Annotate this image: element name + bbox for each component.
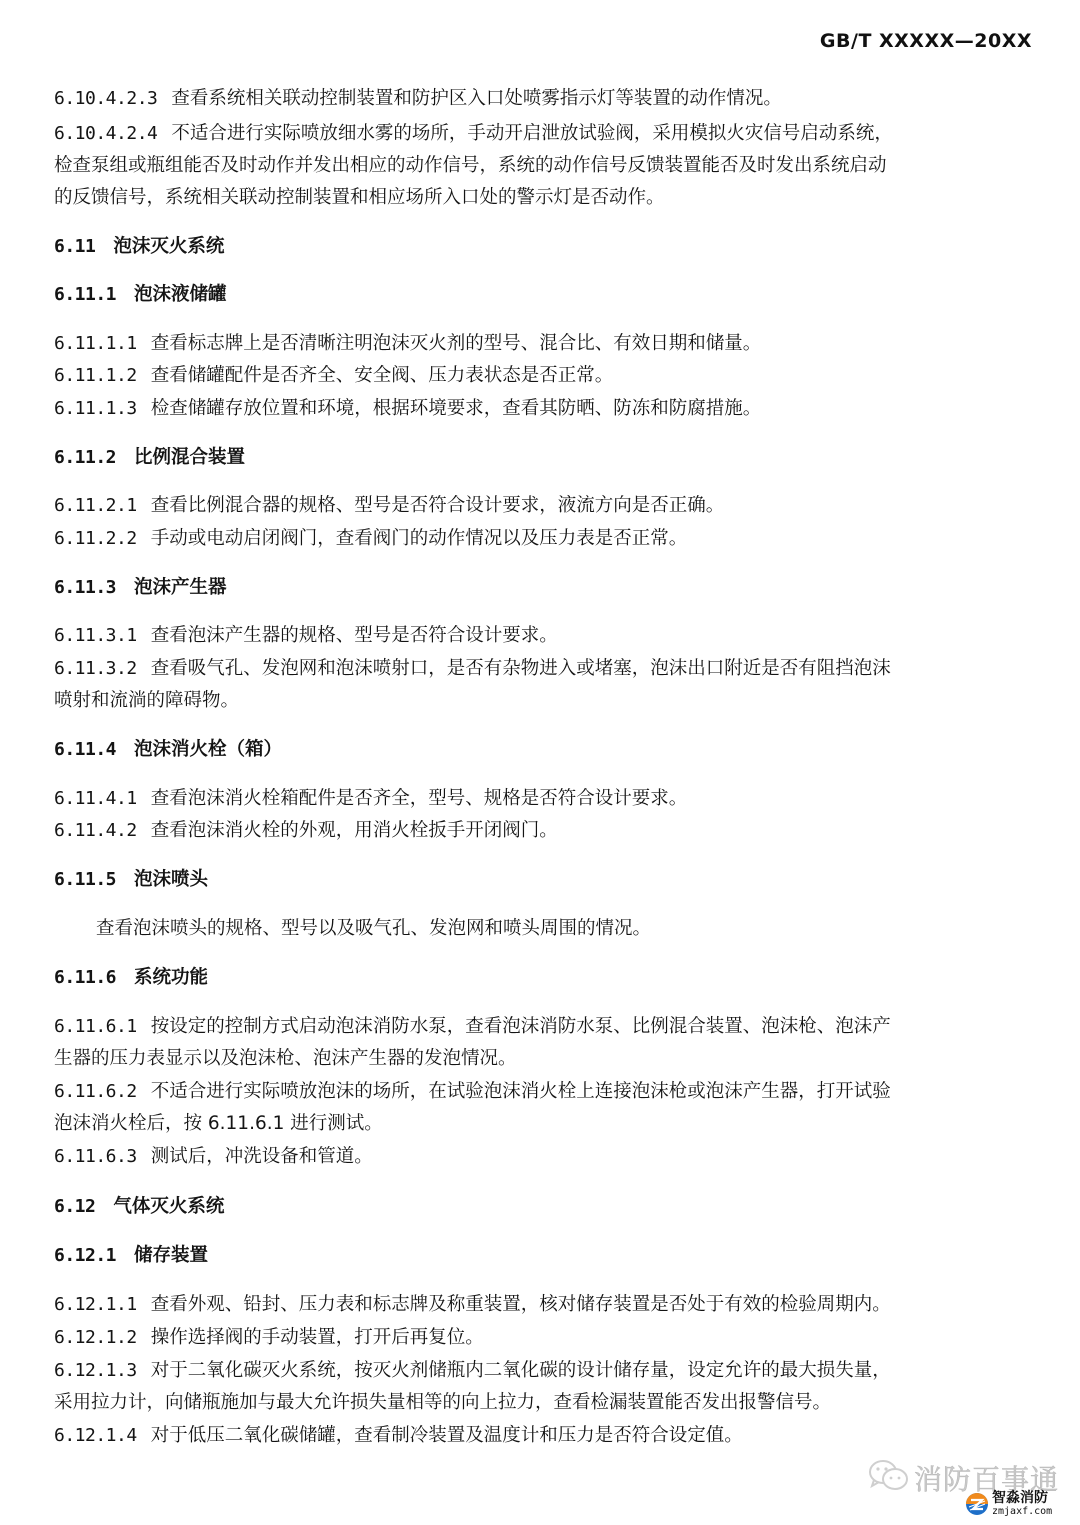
clause-continuation: 采用拉力计，向储瓶施加与最大允许损失量相等的向上拉力，查看检漏装置能否发出报警信… <box>54 1386 1044 1420</box>
clause-text: 操作选择阀的手动装置，打开后再复位。 <box>151 1327 484 1348</box>
heading-text: 气体灭火系统 <box>113 1196 224 1217</box>
clause-number: 6.11.1.3 <box>54 392 137 426</box>
heading-6-11-4: 6.11.4泡沫消火栓（箱） <box>54 733 1044 767</box>
clause-text: 不适合进行实际喷放泡沫的场所，在试验泡沫消火栓上连接泡沫枪或泡沫产生器，打开试验 <box>151 1081 891 1102</box>
heading-6-11: 6.11泡沫灭火系统 <box>54 230 1044 264</box>
clause-6-12-1-1: 6.12.1.1查看外观、铅封、压力表和标志牌及称重装置，核对储存装置是否处于有… <box>54 1288 1044 1322</box>
heading-text: 泡沫产生器 <box>134 577 227 598</box>
clause-number: 6.11.1.1 <box>54 327 137 361</box>
clause-number: 6.12.1.1 <box>54 1288 137 1322</box>
clause-number: 6.11.3.1 <box>54 619 137 653</box>
clause-6-10-4-2-3: 6.10.4.2.3查看系统相关联动控制装置和防护区入口处喷雾指示灯等装置的动作… <box>54 82 1044 116</box>
heading-text: 泡沫液储罐 <box>134 284 227 305</box>
clause-number: 6.11.6.2 <box>54 1075 137 1109</box>
logo-url: zmjaxf.com <box>992 1507 1052 1517</box>
clause-continuation: 喷射和流淌的障碍物。 <box>54 684 1044 718</box>
clause-6-10-4-2-4: 6.10.4.2.4不适合进行实际喷放细水雾的场所，手动开启泄放试验阀，采用模拟… <box>54 117 1044 151</box>
clause-continuation: 泡沫消火栓后，按 6.11.6.1 进行测试。 <box>54 1107 1044 1141</box>
clause-continuation: 的反馈信号，系统相关联动控制装置和相应场所入口处的警示灯是否动作。 <box>54 181 1044 215</box>
clause-continuation: 生器的压力表显示以及泡沫枪、泡沫产生器的发泡情况。 <box>54 1042 1044 1076</box>
clause-number: 6.12.1.2 <box>54 1321 137 1355</box>
heading-text: 泡沫喷头 <box>134 869 208 890</box>
clause-6-11-6-1: 6.11.6.1按设定的控制方式启动泡沫消防水泵，查看泡沫消防水泵、比例混合装置… <box>54 1010 1044 1044</box>
clause-6-11-1-1: 6.11.1.1查看标志牌上是否清晰注明泡沫灭火剂的型号、混合比、有效日期和储量… <box>54 327 1044 361</box>
clause-number: 6.12.1.4 <box>54 1419 137 1453</box>
paragraph-foam-sprinkler: 查看泡沫喷头的规格、型号以及吸气孔、发泡网和喷头周围的情况。 <box>96 912 1080 946</box>
heading-number: 6.11.5 <box>54 863 116 897</box>
clause-number: 6.11.1.2 <box>54 359 137 393</box>
clause-number: 6.11.6.1 <box>54 1010 137 1044</box>
clause-text: 不适合进行实际喷放细水雾的场所，手动开启泄放试验阀，采用模拟火灾信号启动系统， <box>171 123 893 144</box>
document-page: GB/T XXXXX—20XX 6.10.4.2.3查看系统相关联动控制装置和防… <box>0 0 1080 1525</box>
heading-number: 6.12 <box>54 1190 95 1224</box>
clause-6-11-2-2: 6.11.2.2手动或电动启闭阀门，查看阀门的动作情况以及压力表是否正常。 <box>54 522 1044 556</box>
heading-number: 6.12.1 <box>54 1239 116 1273</box>
clause-number: 6.11.4.1 <box>54 782 137 816</box>
clause-number: 6.11.2.2 <box>54 522 137 556</box>
heading-number: 6.11.2 <box>54 441 116 475</box>
zmjaxf-logo: 智淼消防 zmjaxf.com <box>965 1491 1052 1517</box>
clause-6-11-6-3: 6.11.6.3测试后，冲洗设备和管道。 <box>54 1140 1044 1174</box>
wechat-icon <box>868 1459 910 1497</box>
clause-text: 查看系统相关联动控制装置和防护区入口处喷雾指示灯等装置的动作情况。 <box>171 88 782 109</box>
clause-6-11-1-2: 6.11.1.2查看储罐配件是否齐全、安全阀、压力表状态是否正常。 <box>54 359 1044 393</box>
heading-text: 比例混合装置 <box>134 447 245 468</box>
clause-text: 查看泡沫产生器的规格、型号是否符合设计要求。 <box>151 625 558 646</box>
heading-text: 泡沫灭火系统 <box>113 236 224 257</box>
clause-text: 测试后，冲洗设备和管道。 <box>151 1146 373 1167</box>
heading-6-12-1: 6.12.1储存装置 <box>54 1239 1044 1273</box>
heading-number: 6.11.6 <box>54 961 116 995</box>
clause-6-12-1-3: 6.12.1.3对于二氧化碳灭火系统，按灭火剂储瓶内二氧化碳的设计储存量，设定允… <box>54 1354 1044 1388</box>
clause-6-11-6-2: 6.11.6.2不适合进行实际喷放泡沫的场所，在试验泡沫消火栓上连接泡沫枪或泡沫… <box>54 1075 1044 1109</box>
heading-number: 6.11.4 <box>54 733 116 767</box>
clause-6-11-3-2: 6.11.3.2查看吸气孔、发泡网和泡沫喷射口，是否有杂物进入或堵塞，泡沫出口附… <box>54 652 1044 686</box>
heading-number: 6.11.1 <box>54 278 116 312</box>
clause-text: 查看吸气孔、发泡网和泡沫喷射口，是否有杂物进入或堵塞，泡沫出口附近是否有阻挡泡沫 <box>151 658 891 679</box>
standard-code-header: GB/T XXXXX—20XX <box>820 30 1032 52</box>
clause-text: 查看外观、铅封、压力表和标志牌及称重装置，核对储存装置是否处于有效的检验周期内。 <box>151 1294 891 1315</box>
clause-number: 6.11.4.2 <box>54 814 137 848</box>
clause-number: 6.11.3.2 <box>54 652 137 686</box>
clause-6-11-4-2: 6.11.4.2查看泡沫消火栓的外观，用消火栓扳手开闭阀门。 <box>54 814 1044 848</box>
clause-text: 手动或电动启闭阀门，查看阀门的动作情况以及压力表是否正常。 <box>151 528 688 549</box>
clause-text: 查看泡沫消火栓箱配件是否齐全，型号、规格是否符合设计要求。 <box>151 788 688 809</box>
zmjaxf-logo-icon <box>965 1492 989 1516</box>
clause-number: 6.12.1.3 <box>54 1354 137 1388</box>
clause-6-11-4-1: 6.11.4.1查看泡沫消火栓箱配件是否齐全，型号、规格是否符合设计要求。 <box>54 782 1044 816</box>
clause-6-11-3-1: 6.11.3.1查看泡沫产生器的规格、型号是否符合设计要求。 <box>54 619 1044 653</box>
clause-number: 6.11.2.1 <box>54 489 137 523</box>
clause-number: 6.11.6.3 <box>54 1140 137 1174</box>
clause-number: 6.10.4.2.3 <box>54 82 157 116</box>
heading-6-11-2: 6.11.2比例混合装置 <box>54 441 1044 475</box>
clause-text: 对于二氧化碳灭火系统，按灭火剂储瓶内二氧化碳的设计储存量，设定允许的最大损失量， <box>151 1360 891 1381</box>
heading-6-11-6: 6.11.6系统功能 <box>54 961 1044 995</box>
clause-text: 查看储罐配件是否齐全、安全阀、压力表状态是否正常。 <box>151 365 614 386</box>
heading-text: 系统功能 <box>134 967 208 988</box>
clause-6-11-1-3: 6.11.1.3检查储罐存放位置和环境，根据环境要求，查看其防晒、防冻和防腐措施… <box>54 392 1044 426</box>
heading-6-11-1: 6.11.1泡沫液储罐 <box>54 278 1044 312</box>
clause-6-12-1-4: 6.12.1.4对于低压二氧化碳储罐，查看制冷装置及温度计和压力是否符合设定值。 <box>54 1419 1044 1453</box>
clause-text: 按设定的控制方式启动泡沫消防水泵，查看泡沫消防水泵、比例混合装置、泡沫枪、泡沫产 <box>151 1016 891 1037</box>
heading-number: 6.11 <box>54 230 95 264</box>
clause-6-12-1-2: 6.12.1.2操作选择阀的手动装置，打开后再复位。 <box>54 1321 1044 1355</box>
clause-text: 查看比例混合器的规格、型号是否符合设计要求，液流方向是否正确。 <box>151 495 725 516</box>
clause-text: 查看标志牌上是否清晰注明泡沫灭火剂的型号、混合比、有效日期和储量。 <box>151 333 762 354</box>
heading-text: 泡沫消火栓（箱） <box>134 739 282 760</box>
heading-number: 6.11.3 <box>54 571 116 605</box>
clause-text: 检查储罐存放位置和环境，根据环境要求，查看其防晒、防冻和防腐措施。 <box>151 398 762 419</box>
clause-text: 对于低压二氧化碳储罐，查看制冷装置及温度计和压力是否符合设定值。 <box>151 1425 743 1446</box>
heading-6-11-5: 6.11.5泡沫喷头 <box>54 863 1044 897</box>
clause-number: 6.10.4.2.4 <box>54 117 157 151</box>
logo-name: 智淼消防 <box>992 1491 1052 1505</box>
clause-continuation: 检查泵组或瓶组能否及时动作并发出相应的动作信号，系统的动作信号反馈装置能否及时发… <box>54 149 1044 183</box>
clause-6-11-2-1: 6.11.2.1查看比例混合器的规格、型号是否符合设计要求，液流方向是否正确。 <box>54 489 1044 523</box>
heading-6-11-3: 6.11.3泡沫产生器 <box>54 571 1044 605</box>
clause-text: 查看泡沫消火栓的外观，用消火栓扳手开闭阀门。 <box>151 820 558 841</box>
heading-text: 储存装置 <box>134 1245 208 1266</box>
heading-6-12: 6.12气体灭火系统 <box>54 1190 1044 1224</box>
